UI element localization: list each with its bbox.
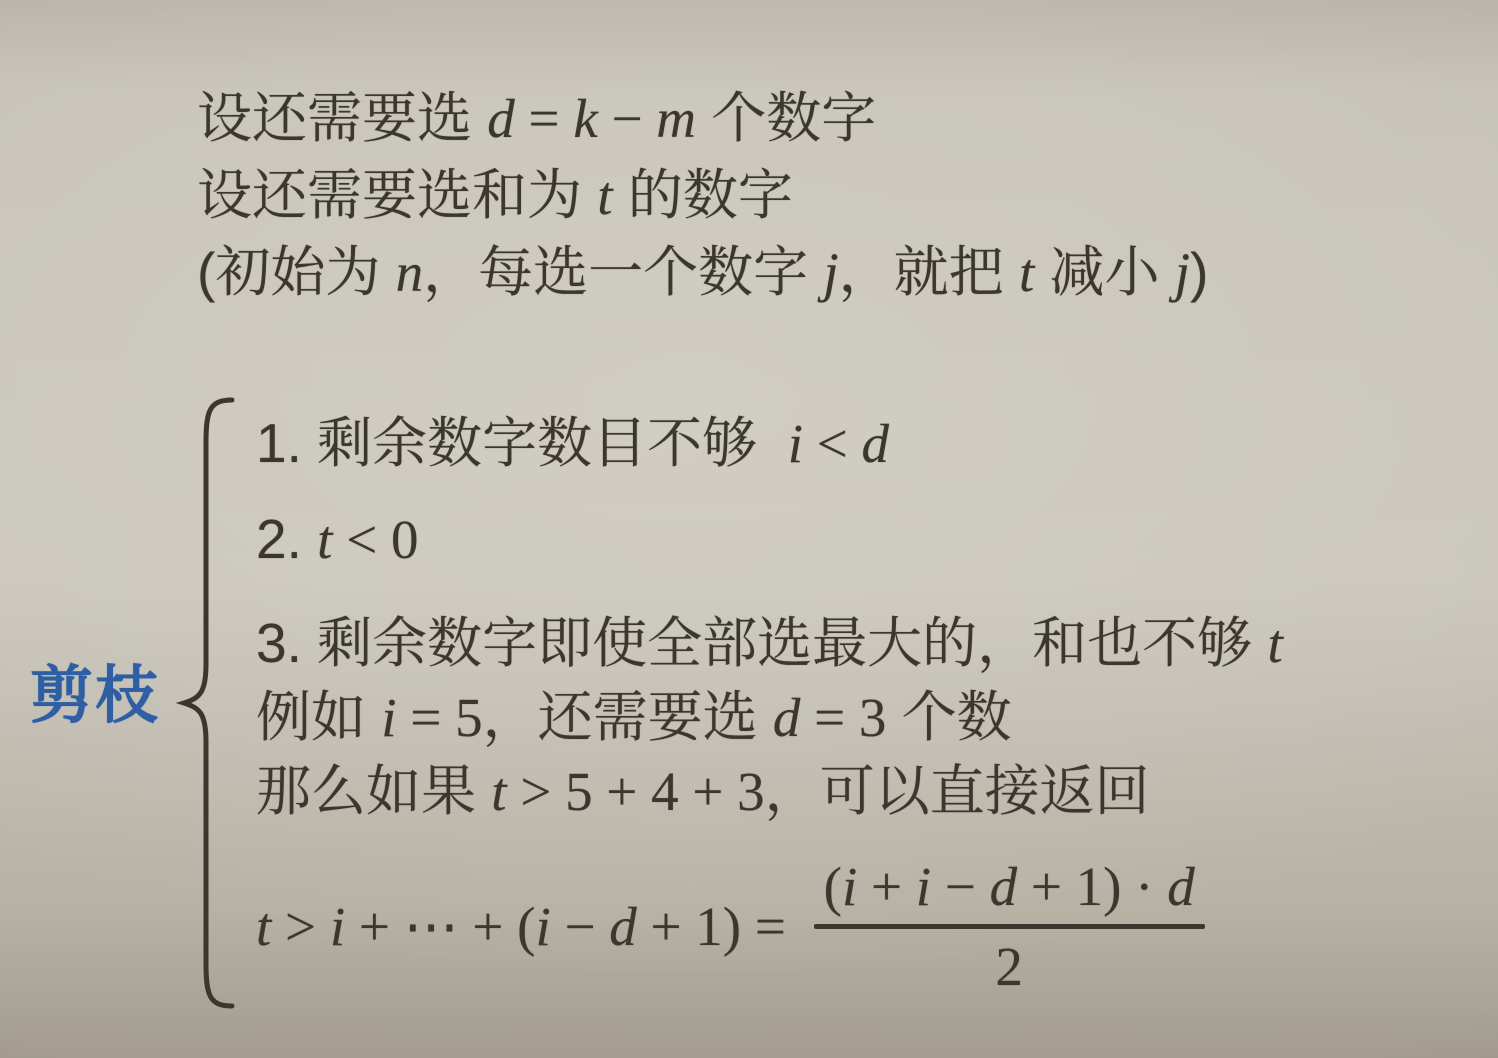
text-segment: i <box>916 856 931 917</box>
pruning-item-1: 1. 剩余数字数目不够 i < d <box>256 408 889 479</box>
pruning-formula: t > i + ⋯ + (i − d + 1) = (i + i − d + 1… <box>256 848 1205 1004</box>
text-segment: ，每选一个数字 <box>423 241 823 303</box>
fraction-bar-icon <box>814 924 1205 929</box>
text-segment: < <box>803 413 862 474</box>
text-segment: m <box>656 88 696 149</box>
text-segment: i <box>788 413 803 474</box>
text-segment: d <box>1167 856 1195 917</box>
text-segment: i <box>535 896 550 957</box>
text-segment: j <box>823 242 838 303</box>
text-segment: − <box>598 88 657 149</box>
text-segment: ，还需要选 <box>483 686 773 748</box>
text-segment: 3. <box>256 612 317 674</box>
text-segment: i <box>330 896 345 957</box>
text-segment: 1. <box>256 412 317 474</box>
text-segment: d <box>990 856 1018 917</box>
text-segment: ，就把 <box>839 241 1019 303</box>
text-segment: + 1) · <box>1017 856 1167 917</box>
intro-line-3: (初始为 n，每选一个数字 j，就把 t 减小 j) <box>197 234 1208 311</box>
formula-fraction: (i + i − d + 1) · d 2 <box>814 854 1205 999</box>
text-segment: = 5 <box>397 687 483 748</box>
text-segment: 个数 <box>886 686 1011 748</box>
text-segment: = <box>515 88 574 149</box>
text-segment: + ⋯ + ( <box>345 896 535 957</box>
text-segment: 那么如果 <box>256 760 491 822</box>
text-segment: d <box>862 413 890 474</box>
text-segment: t <box>317 509 332 570</box>
text-segment: n <box>396 242 424 303</box>
intro-text: 设还需要选 d = k − m 个数字 设还需要选和为 t 的数字 (初始为 n… <box>197 80 1208 311</box>
text-segment: j <box>1175 242 1190 303</box>
text-segment <box>757 412 788 474</box>
text-segment: i <box>381 687 396 748</box>
pruning-item-3-example: 例如 i = 5，还需要选 d = 3 个数 <box>256 682 1012 753</box>
slide: 设还需要选 d = k − m 个数字 设还需要选和为 t 的数字 (初始为 n… <box>0 0 1498 1058</box>
brace-icon <box>176 396 238 1010</box>
text-segment: = 3 <box>800 687 886 748</box>
formula-lhs: t > i + ⋯ + (i − d + 1) = <box>256 891 800 962</box>
text-segment: t <box>256 896 271 957</box>
intro-line-1: 设还需要选 d = k − m 个数字 <box>197 80 1208 157</box>
text-segment: k <box>573 88 597 149</box>
text-segment: 2. <box>256 508 317 570</box>
text-segment: t <box>597 165 612 226</box>
text-segment: d <box>773 687 801 748</box>
text-segment: − <box>931 856 990 917</box>
text-segment: t <box>1019 242 1034 303</box>
text-segment: 例如 <box>256 686 381 748</box>
text-segment: (初始为 <box>197 241 396 303</box>
text-segment: d <box>487 88 515 149</box>
intro-line-2: 设还需要选和为 t 的数字 <box>197 157 1208 234</box>
text-segment: ，可以直接返回 <box>765 760 1150 822</box>
text-segment: t <box>491 761 506 822</box>
text-segment: i <box>842 856 857 917</box>
text-segment: 设还需要选和为 <box>197 164 597 226</box>
text-segment: ) <box>1190 241 1208 303</box>
text-segment: 的数字 <box>613 164 793 226</box>
text-segment: d <box>609 896 637 957</box>
text-segment: ( <box>824 856 842 917</box>
text-segment: t <box>1267 613 1282 674</box>
text-segment: 减小 <box>1034 241 1175 303</box>
text-segment: 个数字 <box>696 87 876 149</box>
text-segment: > 5 + 4 + 3 <box>507 761 765 822</box>
text-segment: > <box>271 896 330 957</box>
pruning-item-3-conclusion: 那么如果 t > 5 + 4 + 3，可以直接返回 <box>256 756 1150 827</box>
text-segment: 设还需要选 <box>197 87 487 149</box>
pruning-item-3: 3. 剩余数字即使全部选最大的，和也不够 t <box>256 608 1283 679</box>
pruning-item-2: 2. t < 0 <box>256 504 418 575</box>
text-segment: + <box>857 856 916 917</box>
text-segment: + 1) = <box>637 896 800 957</box>
formula-denominator: 2 <box>985 935 1033 999</box>
pruning-label: 剪枝 <box>30 662 160 731</box>
formula-numerator: (i + i − d + 1) · d <box>814 854 1205 919</box>
text-segment: − <box>551 896 610 957</box>
text-segment: 剩余数字数目不够 <box>317 412 757 474</box>
text-segment: 剩余数字即使全部选最大的，和也不够 <box>317 612 1267 674</box>
text-segment: < 0 <box>332 509 418 570</box>
